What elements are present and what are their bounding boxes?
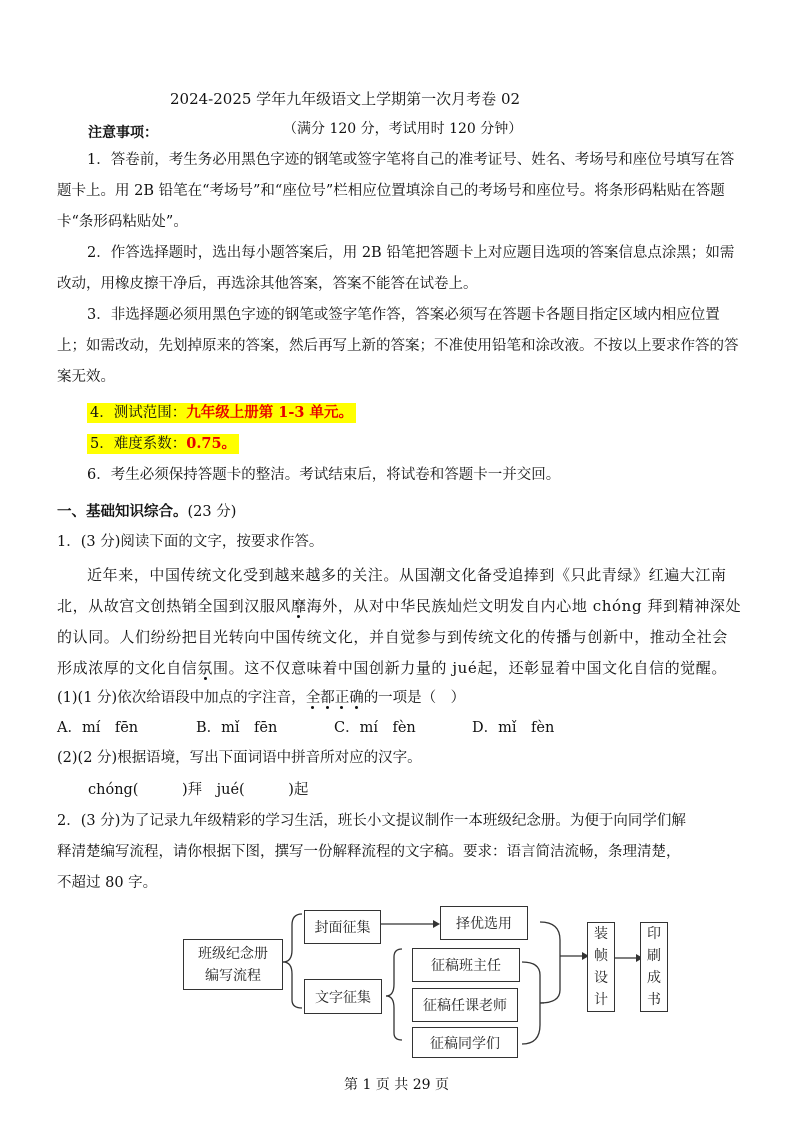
flow-source-classmates: 征稿同学们 <box>412 1027 518 1058</box>
flow-source-headteacher: 征稿班主任 <box>412 948 520 982</box>
flowchart-connectors <box>0 0 793 1122</box>
flow-print-box: 印 刷 成 书 <box>640 922 668 1012</box>
flow-design-char: 计 <box>594 989 608 1011</box>
flow-print-char: 书 <box>647 989 661 1011</box>
flow-design-char: 装 <box>594 923 608 945</box>
flow-source-teachers: 征稿任课老师 <box>412 988 518 1022</box>
flow-root-line-1: 班级纪念册 <box>198 943 268 965</box>
flow-select-box: 择优选用 <box>440 906 528 940</box>
flow-print-char: 印 <box>647 923 661 945</box>
flow-design-char: 设 <box>594 967 608 989</box>
flow-root-line-2: 编写流程 <box>205 965 261 987</box>
flow-design-char: 帧 <box>594 945 608 967</box>
flow-print-char: 刷 <box>647 945 661 967</box>
flow-design-box: 装 帧 设 计 <box>587 922 615 1012</box>
flow-cover-box: 封面征集 <box>304 910 381 944</box>
flow-root-box: 班级纪念册 编写流程 <box>183 939 283 990</box>
flow-text-box: 文字征集 <box>304 979 382 1014</box>
page-number: 第 1 页 共 29 页 <box>0 1074 793 1094</box>
flow-print-char: 成 <box>647 967 661 989</box>
